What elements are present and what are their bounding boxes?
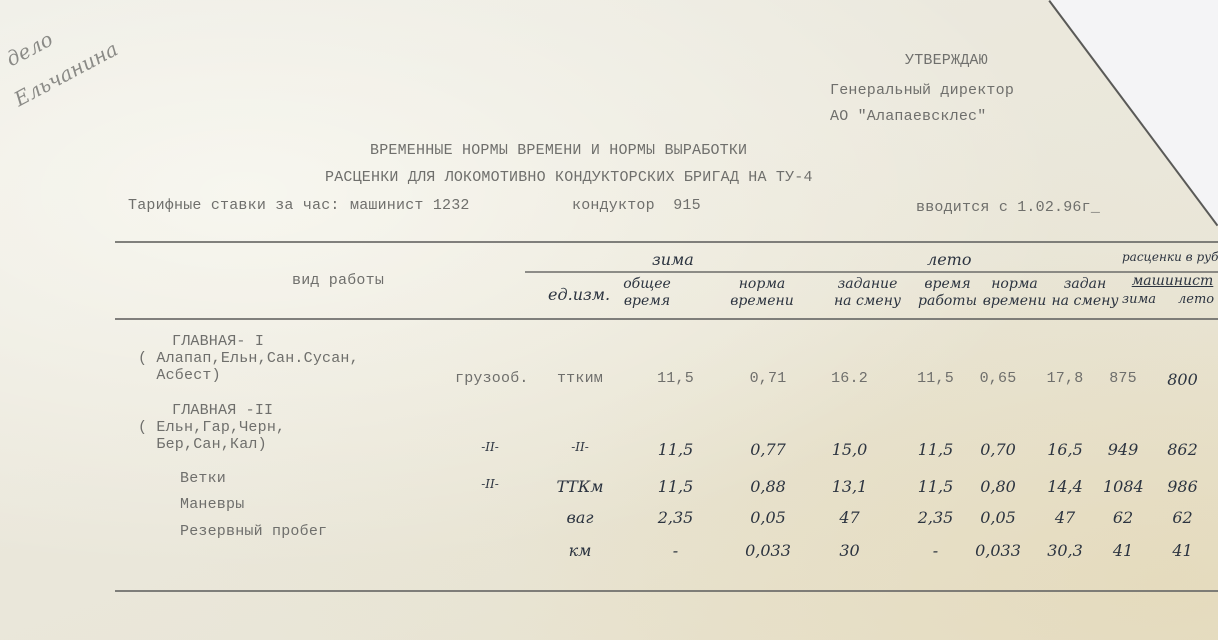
cell-r-winter: 41: [1103, 541, 1143, 560]
cell-w-norm: 0,033: [738, 541, 798, 560]
cell-s-norm: 0,033: [968, 541, 1028, 560]
season-rule: [525, 271, 1218, 273]
header-summer: лето: [927, 250, 971, 269]
cell-s-task: 16,5: [1040, 440, 1090, 459]
cell-r-winter: 62: [1103, 508, 1143, 527]
row-work-type: ( Ельн,Гар,Черн,: [138, 419, 285, 436]
cell-cargo: -II-: [455, 477, 525, 491]
cell-w-task: 15,0: [822, 440, 877, 459]
cell-w-total: 11,5: [648, 370, 703, 387]
header-w-norm-time: нормавремени: [722, 276, 802, 310]
tariff-conductor: кондуктор 915: [572, 197, 701, 214]
cell-w-norm: 0,71: [738, 370, 798, 387]
row-work-type: Асбест): [138, 367, 221, 384]
cell-w-task: 30: [822, 541, 877, 560]
row-work-type: ГЛАВНАЯ -II: [172, 402, 273, 419]
cell-unit: ваг: [545, 508, 615, 527]
cell-s-norm: 0,05: [968, 508, 1028, 527]
tariff-machinist: машинист 1232: [350, 197, 470, 214]
approval-position: Генеральный директор: [830, 82, 1014, 99]
cell-r-summer: 862: [1160, 440, 1205, 459]
title-line2: РАСЦЕНКИ ДЛЯ ЛОКОМОТИВНО КОНДУКТОРСКИХ Б…: [325, 169, 813, 186]
cell-s-norm: 0,80: [968, 477, 1028, 496]
cell-s-norm: 0,70: [968, 440, 1028, 459]
row-work-type: Бер,Сан,Кал): [138, 436, 267, 453]
header-winter: зима: [652, 250, 694, 269]
header-bottom-rule: [115, 318, 1218, 320]
cell-w-norm: 0,05: [738, 508, 798, 527]
row-work-type: Ветки: [180, 470, 226, 487]
header-rates: расценки в руб: [1122, 250, 1218, 264]
header-s-task: заданна смену: [1050, 276, 1120, 310]
cell-s-task: 30,3: [1040, 541, 1090, 560]
cell-r-winter: 1084: [1103, 477, 1143, 496]
cell-r-winter: 949: [1103, 440, 1143, 459]
cell-s-work: 11,5: [908, 440, 963, 459]
header-work-type: вид работы: [292, 272, 384, 289]
cell-w-total: -: [648, 541, 703, 560]
cell-cargo: -II-: [455, 440, 525, 454]
cell-s-work: -: [908, 541, 963, 560]
header-s-work-time: времяработы: [915, 276, 980, 310]
cell-w-norm: 0,77: [738, 440, 798, 459]
header-machinist: машинист: [1130, 273, 1215, 289]
cell-s-work: 11,5: [908, 370, 963, 387]
approval-company: АО "Алапаевсклес": [830, 108, 986, 125]
tariff-label: Тарифные ставки за час:: [128, 197, 340, 214]
cell-r-summer: 986: [1160, 477, 1205, 496]
cell-s-work: 2,35: [908, 508, 963, 527]
header-s-norm-time: нормавремени: [982, 276, 1047, 310]
header-rate-summer: лето: [1178, 292, 1214, 307]
cell-s-work: 11,5: [908, 477, 963, 496]
table-bottom-rule: [115, 590, 1218, 592]
row-work-type: ( Алапап,Ельн,Сан.Сусан,: [138, 350, 359, 367]
header-rate-winter: зима: [1122, 292, 1156, 307]
cell-r-summer: 62: [1160, 508, 1205, 527]
row-work-type: Маневры: [180, 496, 244, 513]
cell-w-total: 2,35: [648, 508, 703, 527]
cell-s-task: 14,4: [1040, 477, 1090, 496]
cell-s-task: 17,8: [1040, 370, 1090, 387]
row-work-type: Резервный пробег: [180, 523, 327, 540]
cell-cargo: грузооб.: [455, 370, 525, 387]
header-unit: ед.изм.: [548, 285, 610, 304]
cell-w-total: 11,5: [648, 477, 703, 496]
cell-r-summer: 41: [1160, 541, 1205, 560]
approval-heading: УТВЕРЖДАЮ: [905, 52, 988, 69]
header-w-task: заданиена смену: [825, 276, 910, 310]
cell-r-summer: 800: [1160, 370, 1205, 389]
cell-w-task: 16.2: [822, 370, 877, 387]
cell-s-task: 47: [1040, 508, 1090, 527]
cell-unit: -II-: [545, 440, 615, 454]
cell-w-task: 47: [822, 508, 877, 527]
table-top-rule: [115, 241, 1218, 243]
header-w-total-time: общеевремя: [612, 276, 682, 310]
cell-unit: км: [545, 541, 615, 560]
title-line1: ВРЕМЕННЫЕ НОРМЫ ВРЕМЕНИ И НОРМЫ ВЫРАБОТК…: [370, 142, 747, 159]
cell-r-winter: 875: [1103, 370, 1143, 387]
cell-unit: ТТКм: [545, 477, 615, 496]
cell-s-norm: 0,65: [968, 370, 1028, 387]
cell-w-total: 11,5: [648, 440, 703, 459]
cell-unit: ттким: [545, 370, 615, 387]
cell-w-task: 13,1: [822, 477, 877, 496]
cell-w-norm: 0,88: [738, 477, 798, 496]
row-work-type: ГЛАВНАЯ- I: [172, 333, 264, 350]
effective-date: вводится с 1.02.96г_: [916, 199, 1100, 216]
